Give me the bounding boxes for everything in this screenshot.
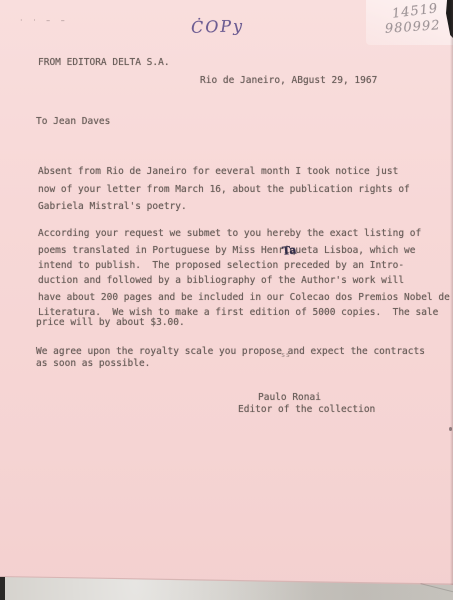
sender-line: FROM EDITORA DELTA S.A. xyxy=(38,57,170,68)
paper-bottom-edge xyxy=(0,576,453,586)
salutation-line: To Jean Daves xyxy=(36,116,110,127)
signature-name: Paulo Ronai xyxy=(258,392,321,403)
pencil-marks: · · – – xyxy=(20,16,69,25)
ink-correction-ta: Ta xyxy=(281,243,297,257)
paragraph1-line: now of your letter from March 16, about … xyxy=(38,184,410,195)
paragraph2-line: intend to publish. The proposed selectio… xyxy=(38,260,404,271)
dateline: Rio de Janeiro, ABgust 29, 1967 xyxy=(200,75,377,86)
paragraph2-line: duction and followed by a bibliography o… xyxy=(38,275,404,286)
paragraph2-line: According your request we submet to you … xyxy=(38,228,421,239)
paragraph1-line: Gabriela Mistral's poetry. xyxy=(38,201,187,212)
paragraph1-line: Absent from Rio de Janeiro for eeveral m… xyxy=(38,166,398,177)
paragraph2-line: have about 200 pages and be included in … xyxy=(38,292,450,303)
edge-speck xyxy=(449,427,452,431)
signature-title: Editor of the collection xyxy=(238,404,375,415)
paragraph3-line: We agree upon the royalty scale you prop… xyxy=(36,346,425,357)
overstrike-mark: ss xyxy=(281,351,290,359)
scanner-background: · · – – ĊOPy 14519 980992 FROM EDITORA D… xyxy=(0,0,453,600)
handwritten-copy-note: ĊOPy xyxy=(191,16,245,37)
bottom-left-mark xyxy=(0,577,5,600)
paragraph3-line: as soon as possible. xyxy=(36,358,150,369)
paragraph2-line: price will by about $3.00. xyxy=(36,317,185,328)
letter-paper: · · – – ĊOPy 14519 980992 FROM EDITORA D… xyxy=(0,0,453,600)
paragraph2-line: poems translated in Portuguese by Miss H… xyxy=(38,245,416,256)
